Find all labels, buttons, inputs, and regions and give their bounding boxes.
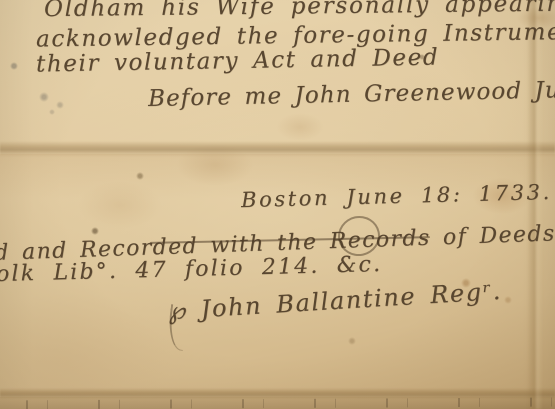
manuscript-photo: Oldham his Wife personally appearing fre…: [0, 0, 555, 409]
cut-off-text-marks: [0, 398, 555, 409]
fold-crease-middle: [0, 141, 555, 157]
paper-bottom-edge: [0, 397, 555, 409]
justice-attestation-line: Before me John Greenewood Justice of Pea: [148, 74, 555, 112]
manuscript-line-oldham: Oldham his Wife personally appearing fre: [44, 0, 555, 22]
register-signature: ℘ John Ballantine Regʳ.: [167, 277, 502, 325]
fold-crease-bottom: [0, 388, 555, 399]
dateline-boston: Boston June 18: 1733.: [241, 180, 552, 212]
